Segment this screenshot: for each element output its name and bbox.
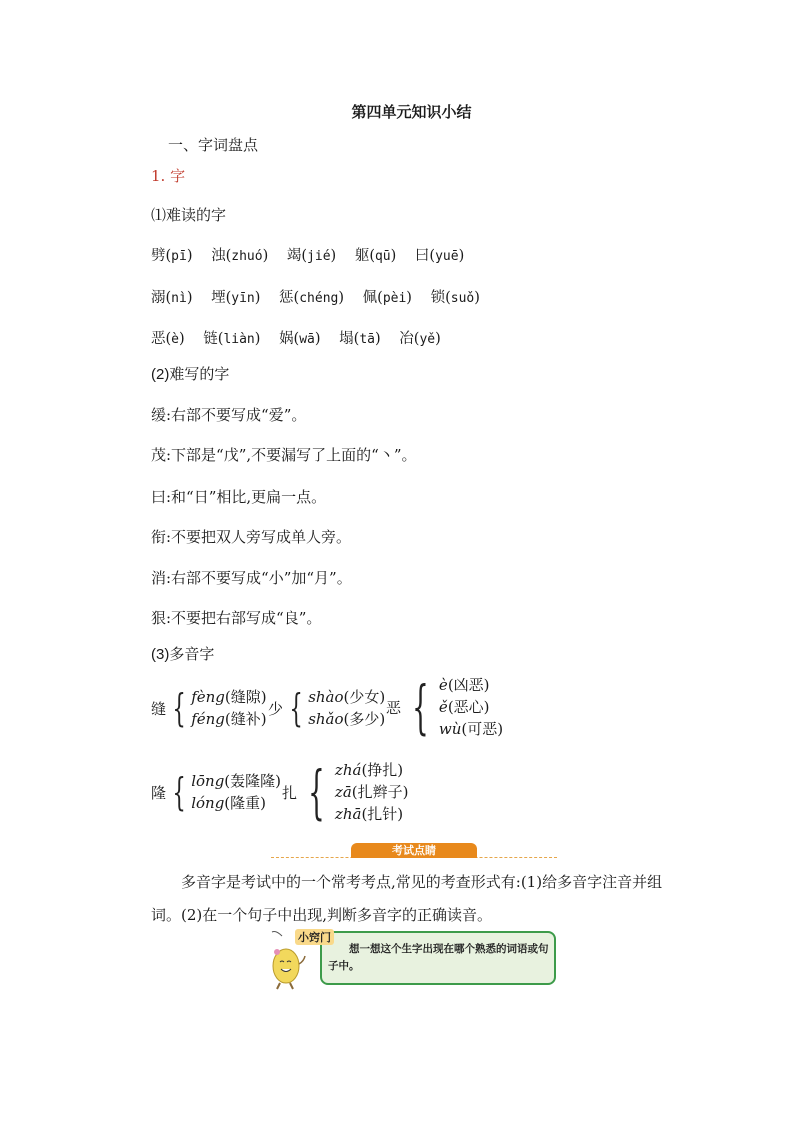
hard-char-note: 衔:不要把双人旁写成单人旁。	[151, 526, 351, 547]
char-item: 堙(yīn)	[211, 290, 260, 306]
part-1-heading: ⑴难读的字	[151, 204, 226, 225]
brace-icon: {	[289, 689, 302, 727]
hint-label: 小窍门	[295, 929, 334, 945]
brace-icon: {	[172, 689, 185, 727]
polyphone-group: 扎 { zhá(挣扎) zā(扎辫子) zhā(扎针)	[282, 759, 409, 825]
subsection-heading: 1. 字	[151, 165, 185, 186]
polyphone-group: 少 { shào(少女) shǎo(多少)	[268, 686, 385, 730]
pinyin-row-1: 劈(pī) 浊(zhuó) 竭(jié) 躯(qū) 曰(yuē)	[151, 244, 478, 265]
char-item: 佩(pèi)	[363, 290, 412, 306]
page-title: 第四单元知识小结	[0, 101, 793, 122]
exam-tip-banner: 考试点睛	[271, 840, 557, 860]
pinyin-row-2: 溺(nì) 堙(yīn) 惩(chéng) 佩(pèi) 锁(suǒ)	[151, 286, 494, 307]
polyphone-group: 缝 { fèng(缝隙) féng(缝补)	[151, 686, 267, 730]
polyphone-group: 隆 { lōng(轰隆隆) lóng(隆重)	[151, 770, 281, 814]
hard-char-note: 曰:和“日”相比,更扁一点。	[151, 486, 326, 507]
char-item: 惩(chéng)	[279, 290, 344, 306]
char-item: 娲(wā)	[279, 331, 321, 347]
char-item: 锁(suǒ)	[431, 290, 480, 306]
hint-box: 想一想这个生字出现在哪个熟悉的词语或句子中。	[320, 931, 556, 985]
brace-icon: {	[412, 678, 429, 736]
char-item: 链(liàn)	[203, 331, 260, 347]
char-item: 劈(pī)	[151, 248, 193, 264]
brace-icon: {	[172, 773, 185, 811]
hard-char-note: 消:右部不要写成“小”加“月”。	[151, 567, 352, 588]
hard-char-note: 茂:下部是“戊”,不要漏写了上面的“丶”。	[151, 444, 417, 465]
hint-text: 想一想这个生字出现在哪个熟悉的词语或句子中。	[328, 941, 552, 975]
char-item: 曰(yuē)	[415, 248, 464, 264]
char-item: 躯(qū)	[355, 248, 397, 264]
pinyin-row-3: 恶(è) 链(liàn) 娲(wā) 塌(tā) 冶(yě)	[151, 327, 455, 348]
char-item: 冶(yě)	[399, 331, 441, 347]
char-item: 塌(tā)	[339, 331, 381, 347]
hard-char-note: 缓:右部不要写成“爱”。	[151, 404, 306, 425]
brace-icon: {	[308, 763, 325, 821]
char-item: 溺(nì)	[151, 290, 193, 306]
part-3-heading: (3)多音字	[151, 643, 214, 664]
exam-tip-text: 多音字是考试中的一个常考考点,常见的考查形式有:(1)给多音字注音并组	[151, 871, 662, 892]
section-heading: 一、字词盘点	[168, 134, 258, 155]
char-item: 浊(zhuó)	[211, 248, 268, 264]
hard-char-note: 狠:不要把右部写成“良”。	[151, 607, 321, 628]
part-2-heading: (2)难写的字	[151, 363, 229, 384]
polyphone-group: 恶 { è(凶恶) ě(恶心) wù(可恶)	[386, 674, 503, 740]
char-item: 恶(è)	[151, 331, 185, 347]
char-item: 竭(jié)	[287, 248, 336, 264]
exam-tip-tab: 考试点睛	[351, 843, 477, 858]
exam-tip-text: 词。(2)在一个句子中出现,判断多音字的正确读音。	[151, 904, 492, 925]
